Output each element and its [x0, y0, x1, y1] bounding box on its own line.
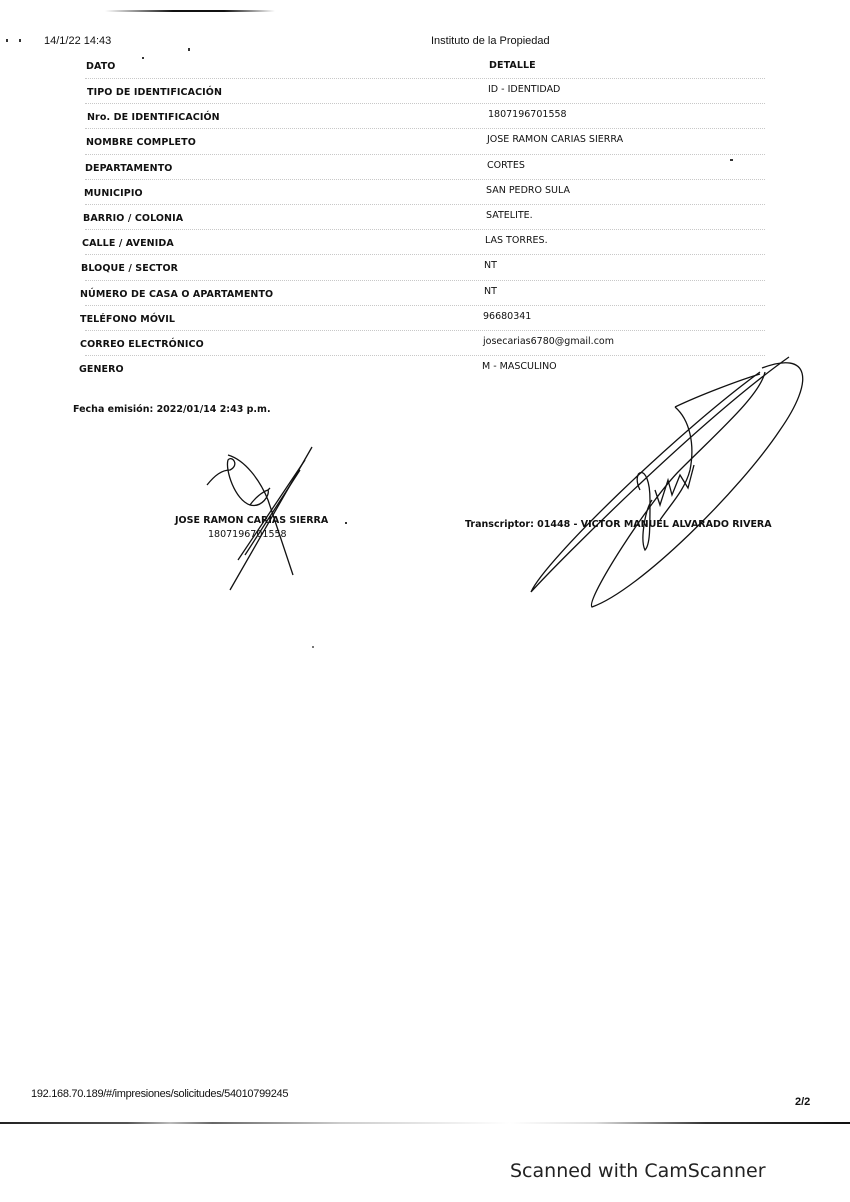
speck	[142, 57, 144, 59]
speck	[312, 646, 314, 648]
speck	[6, 39, 8, 42]
camscanner-watermark: Scanned with CamScanner	[510, 1160, 766, 1182]
page-number: 2/2	[795, 1096, 810, 1108]
speck	[730, 159, 733, 161]
speck	[19, 39, 21, 42]
speck	[345, 522, 347, 524]
print-footer-url: 192.168.70.189/#/impresiones/solicitudes…	[31, 1088, 288, 1100]
transcriptor-info: Transcriptor: 01448 - VICTOR MANUEL ALVA…	[465, 519, 772, 530]
speck	[188, 48, 190, 51]
transcriptor-signature-icon	[0, 0, 850, 1202]
